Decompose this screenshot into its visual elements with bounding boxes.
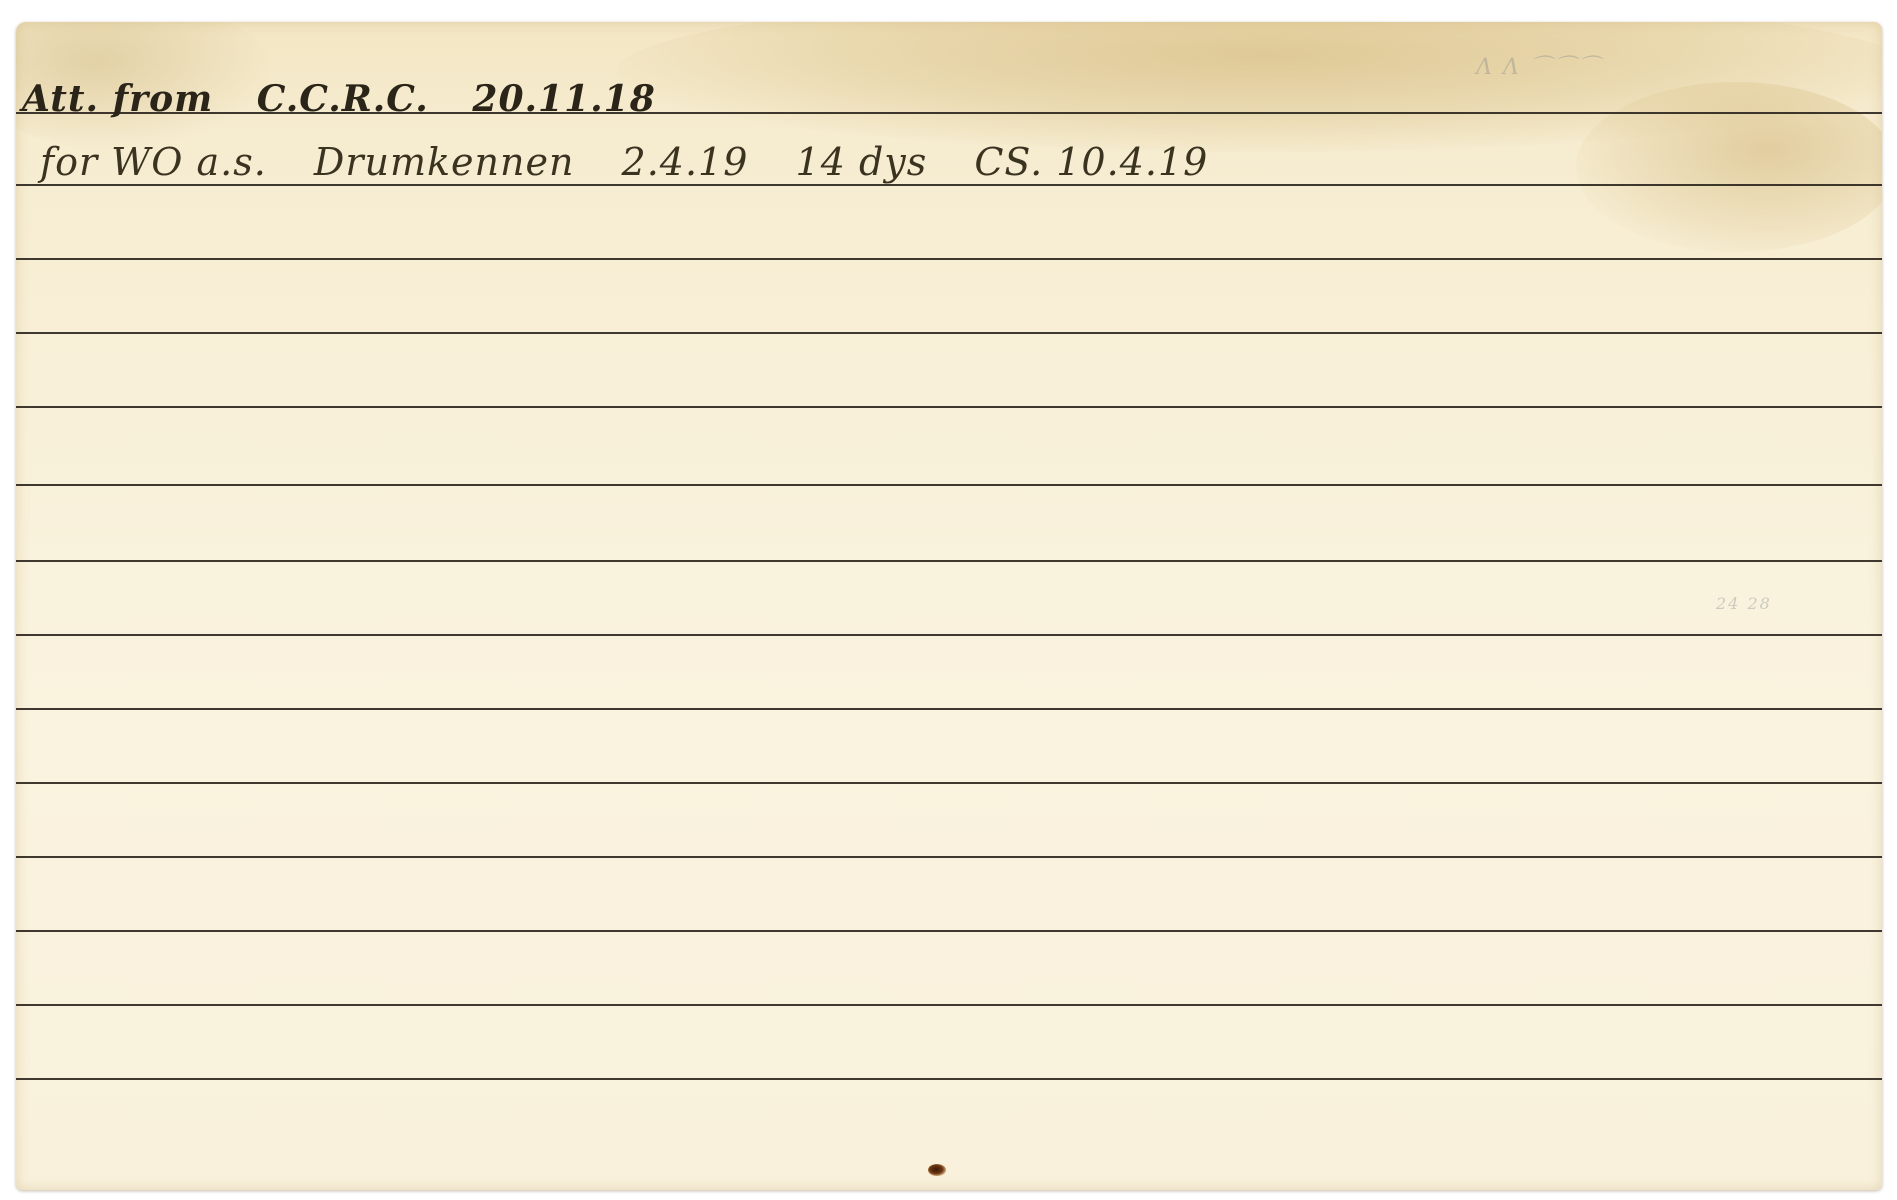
water-stain-right <box>1576 82 1882 252</box>
ruled-line <box>16 258 1882 260</box>
entry-1-unit: C.C.R.C. <box>257 78 429 120</box>
ruled-line <box>16 782 1882 784</box>
record-card: Λ Λ ⌒⌒⌒ 24 28 Att. from C.C.R.C. 20.11.1… <box>16 22 1882 1190</box>
ruled-line <box>16 1004 1882 1006</box>
ruled-line <box>16 1078 1882 1080</box>
rust-spot <box>928 1164 946 1176</box>
ruled-line <box>16 930 1882 932</box>
ruled-line <box>16 560 1882 562</box>
ruled-line <box>16 184 1882 186</box>
entry-1-action: Att. from <box>22 78 213 120</box>
entry-2-cs-date: CS. 10.4.19 <box>974 140 1208 184</box>
handwritten-entry-2: for WO a.s. Drumkennen 2.4.19 14 dys CS.… <box>40 140 1242 184</box>
ruled-line <box>16 634 1882 636</box>
faint-stamp-mark: Λ Λ ⌒⌒⌒ <box>1476 50 1602 81</box>
handwritten-entry-1: Att. from C.C.R.C. 20.11.18 <box>22 78 686 120</box>
ruled-line <box>16 406 1882 408</box>
faint-pencil-mark: 24 28 <box>1716 594 1772 613</box>
ruled-line <box>16 484 1882 486</box>
ruled-line <box>16 708 1882 710</box>
ruled-line <box>16 856 1882 858</box>
entry-2-duration: 14 dys <box>796 140 928 184</box>
water-stain-top <box>616 22 1882 152</box>
entry-1-date: 20.11.18 <box>472 78 655 120</box>
entry-2-action: for WO a.s. <box>40 140 267 184</box>
entry-2-date: 2.4.19 <box>622 140 749 184</box>
ruled-line <box>16 332 1882 334</box>
entry-2-place: Drumkennen <box>314 140 575 184</box>
